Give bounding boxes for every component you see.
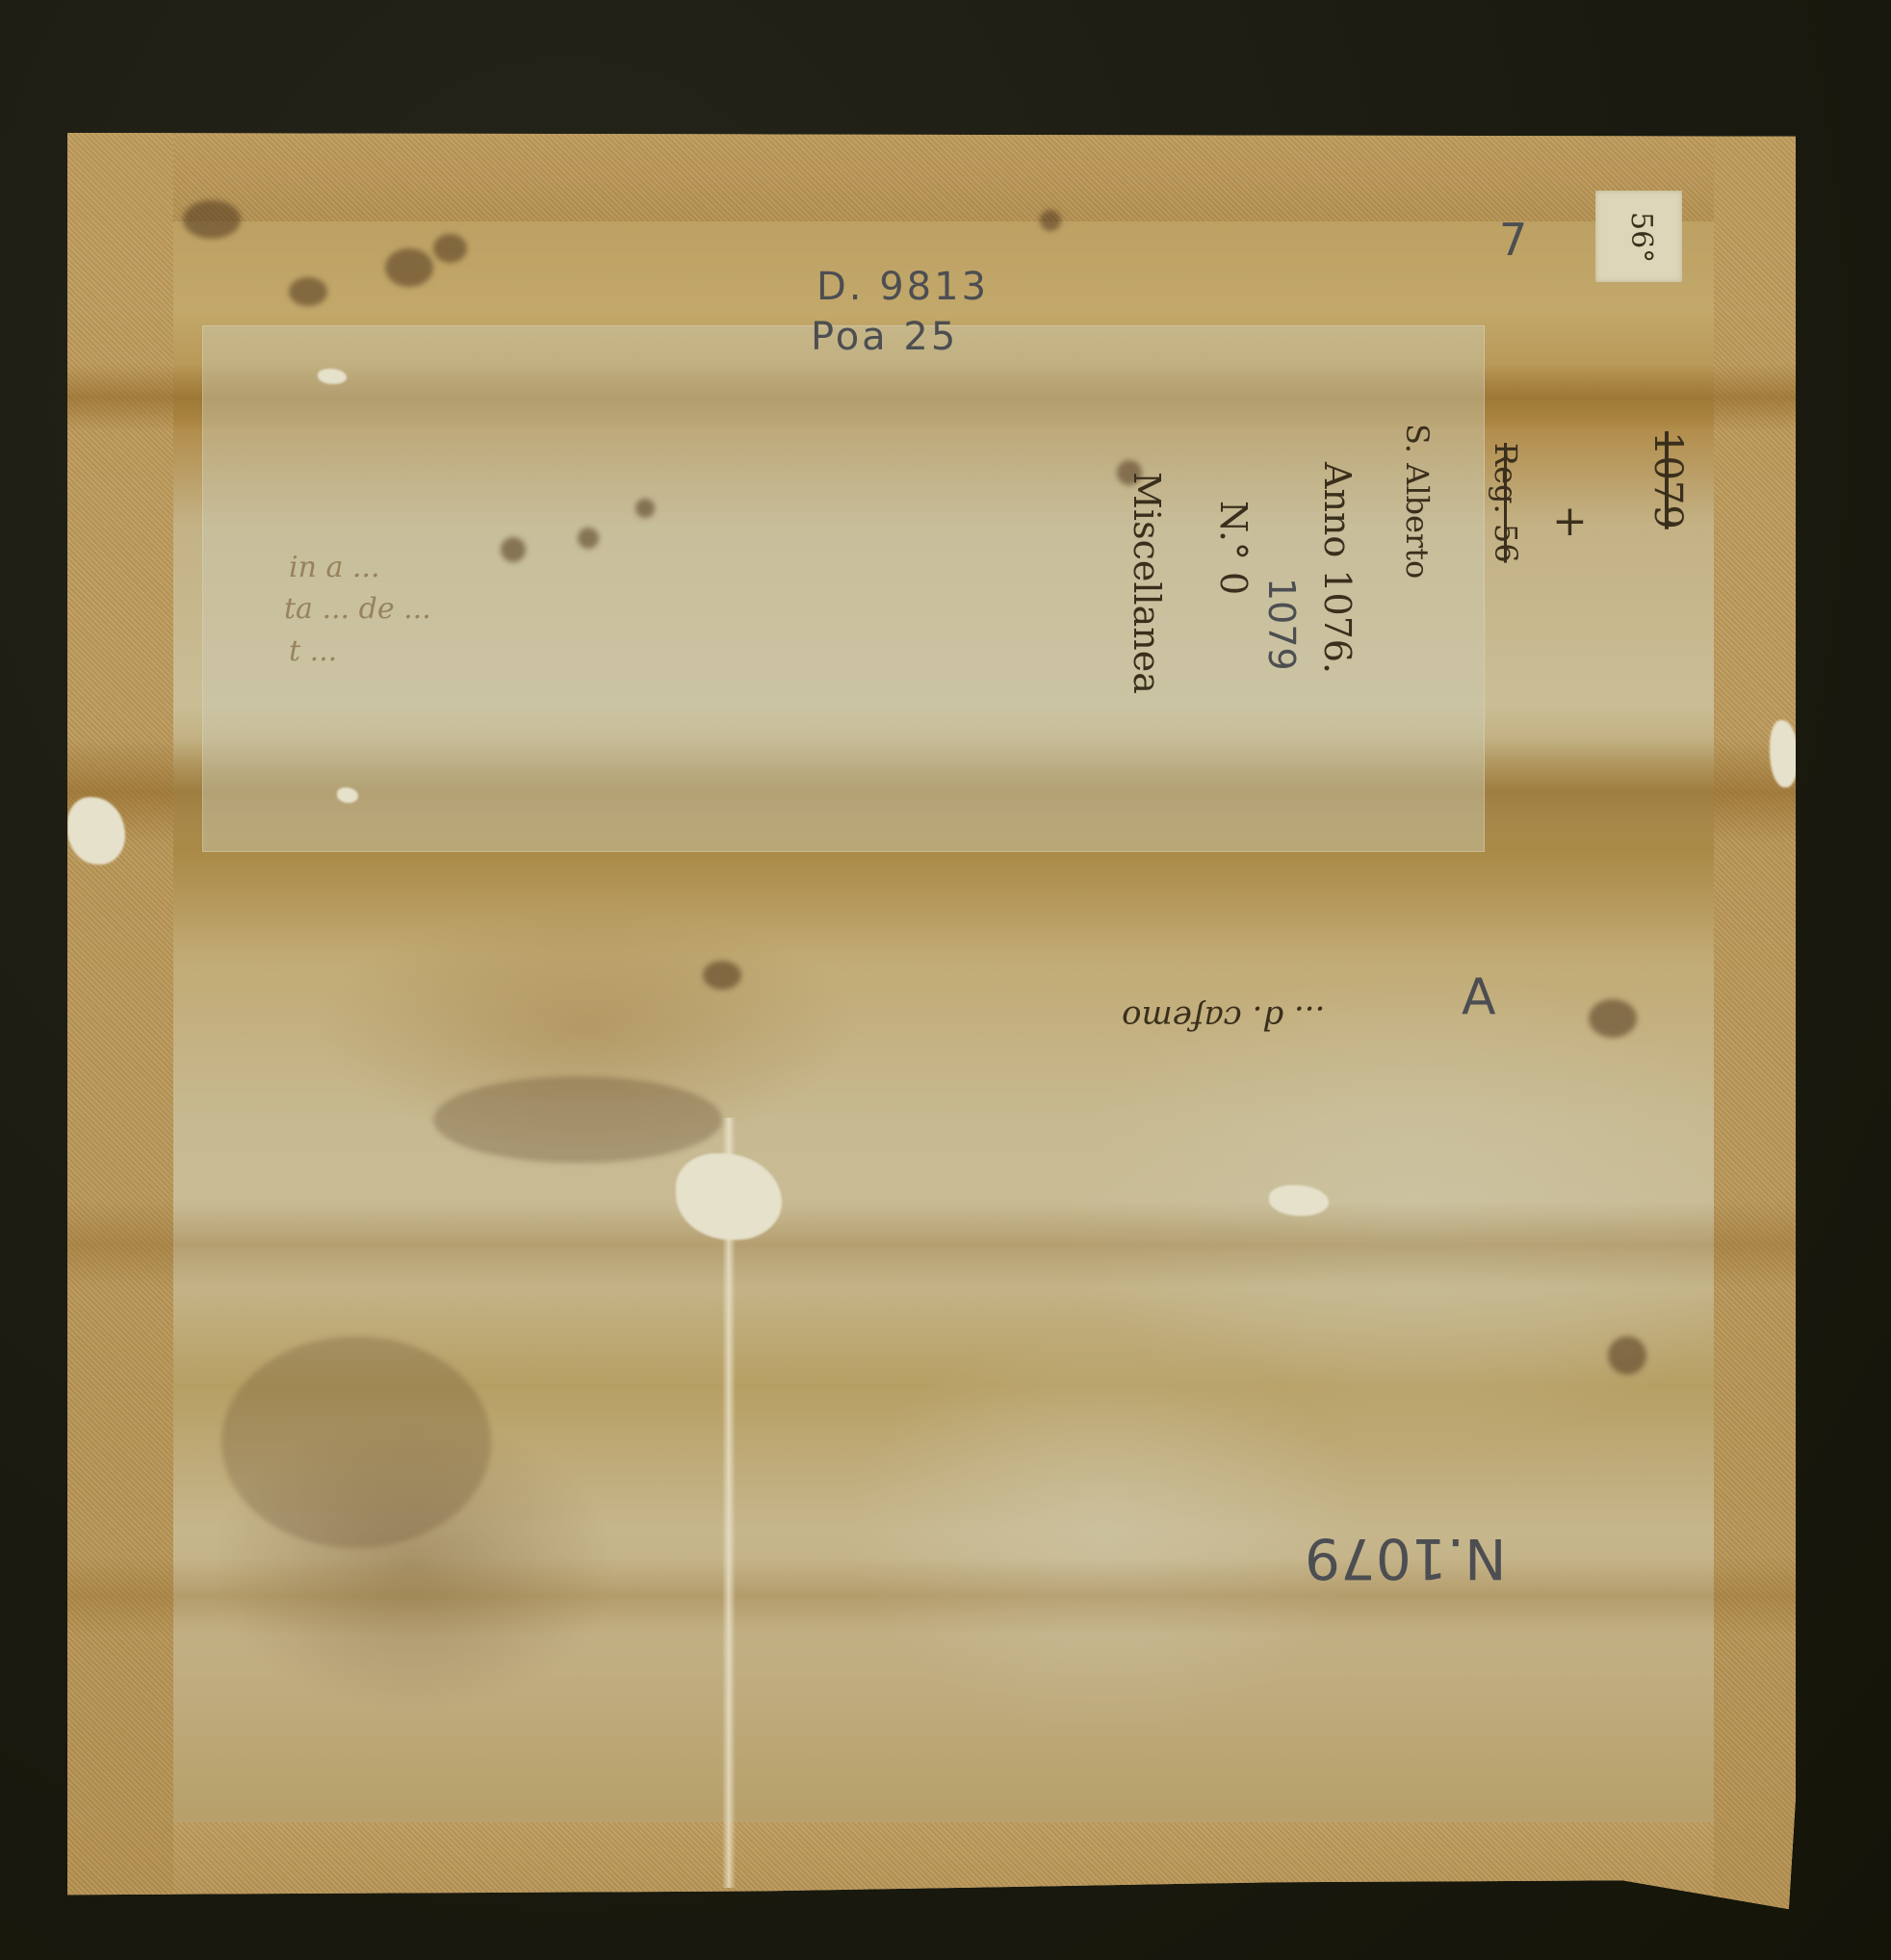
cross-mark: + <box>1552 501 1588 543</box>
fold-line <box>67 1201 1796 1288</box>
numero-mark: N.° 0 <box>1215 501 1252 595</box>
inverted-note: ... d. cafemo <box>1122 1001 1325 1034</box>
shelfmark-line-1: D. 9813 <box>816 268 989 306</box>
fold-line <box>67 1558 1796 1635</box>
medieval-note-line-3: t ... <box>289 637 337 666</box>
medieval-note-line-2: ta ... de ... <box>284 595 431 624</box>
stain <box>578 528 599 549</box>
pencil-number: 1079 <box>1263 578 1300 671</box>
corner-number: 7 <box>1499 218 1527 262</box>
abbey-name: S. Alberto <box>1402 424 1433 579</box>
stain <box>635 499 655 518</box>
stain <box>703 961 741 990</box>
struck-number: 1079 <box>1648 431 1687 529</box>
bottom-pencil-number: N.1079 <box>1305 1531 1506 1586</box>
stain <box>501 537 526 562</box>
numbered-label-slip: 56° <box>1595 191 1682 282</box>
mount-border-top <box>67 133 1796 221</box>
stain <box>221 1336 491 1548</box>
stain <box>1040 210 1061 231</box>
regesto-number: Reg. 56 <box>1490 443 1521 563</box>
stain <box>1589 999 1637 1038</box>
parchment-sheet <box>67 133 1796 1923</box>
label-slip-number: 56° <box>1626 212 1655 263</box>
stain <box>385 248 433 287</box>
stain <box>433 1076 722 1163</box>
stain <box>1608 1336 1646 1375</box>
small-hole <box>318 369 347 384</box>
parchment-loss <box>676 1153 782 1240</box>
shelfmark-line-2: Poa 25 <box>811 318 958 356</box>
stain <box>183 200 241 239</box>
medieval-note-line-1: in a ... <box>289 554 379 582</box>
parchment-loss <box>1269 1185 1329 1216</box>
letter-a: A <box>1462 972 1496 1022</box>
category-miscellanea: Miscellanea <box>1128 472 1165 694</box>
stain <box>433 234 467 263</box>
stain <box>289 277 327 306</box>
small-hole <box>337 787 358 803</box>
anno-date: Anno 1076. <box>1319 462 1356 674</box>
